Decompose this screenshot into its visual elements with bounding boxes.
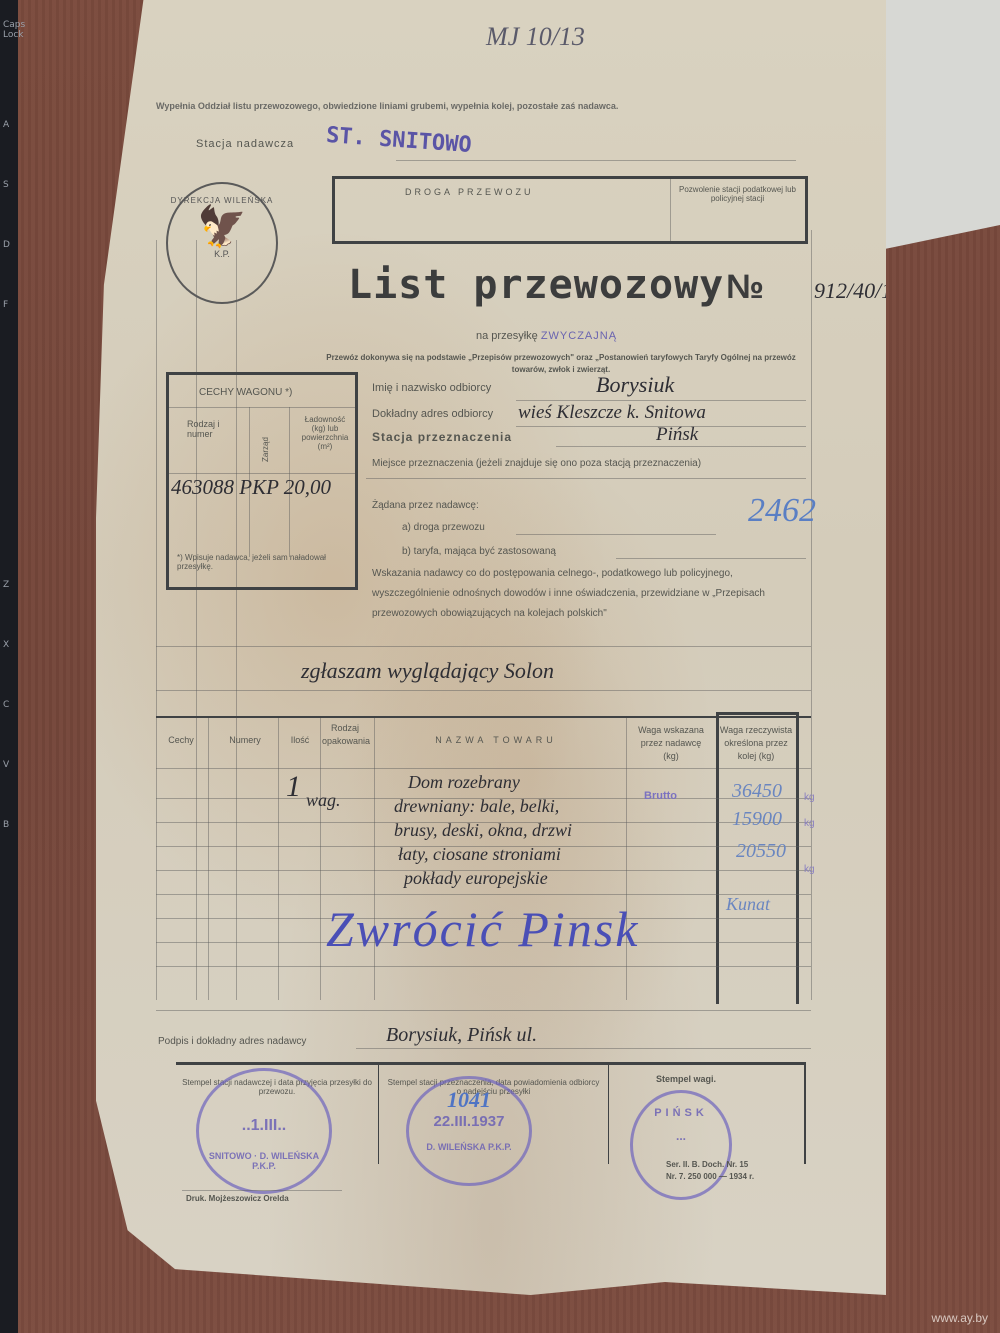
stamp-bottom-text: K.P.: [168, 249, 276, 259]
legal-basis: Przewóz dokonywa się na podstawie „Przep…: [321, 352, 801, 376]
recipient-address-value: wieś Kleszcze k. Snitowa: [518, 402, 706, 424]
brutto-label: Brutto: [644, 790, 677, 802]
laptop-keyboard-edge: Caps Lock A S D F Z X C V B: [0, 0, 18, 1333]
number-symbol: №: [726, 268, 764, 307]
shipment-type-stamp: ZWYCZAJNĄ: [541, 330, 617, 342]
key-label: B: [3, 820, 9, 830]
underline: [356, 1048, 811, 1049]
header-bottom: [156, 768, 811, 769]
underline: [616, 558, 806, 559]
shipment-type-row: na przesyłkę ZWYCZAJNĄ: [476, 330, 617, 342]
key-label: X: [3, 640, 9, 650]
underline: [366, 478, 806, 479]
scale-stamp-label: Stempel wagi.: [656, 1074, 716, 1084]
brutto-value: 36450: [732, 780, 782, 803]
col-rule-thick: [716, 712, 719, 1004]
scale-stamp: PIŃSK ...: [630, 1090, 732, 1200]
shipment-type-label: na przesyłkę: [476, 330, 538, 342]
key-label: A: [3, 120, 9, 130]
recipient-name-label: Imię i nazwisko odbiorcy: [372, 382, 491, 394]
key-label: F: [3, 300, 8, 310]
divider: [156, 646, 811, 647]
return-note-pinsk: Zwrócić Pinsk: [326, 900, 639, 958]
destination-place-label: Miejsce przeznaczenia (jeżeli znajduje s…: [372, 458, 701, 469]
sender-station-stamp: ST. SNITOWO: [325, 123, 472, 158]
rule: [156, 240, 157, 1000]
stamp-date: ...: [633, 1129, 729, 1143]
divider: [608, 1064, 609, 1164]
stamp-text: D. WILEŃSKA P.K.P.: [409, 1142, 529, 1152]
tara-value: 15900: [732, 808, 782, 831]
wagon-box-title: CECHY WAGONU *): [199, 387, 292, 398]
wagon-features-box: CECHY WAGONU *) Rodzaj i numer Zarząd Ła…: [166, 372, 358, 590]
col-rule: [278, 718, 279, 1000]
unit-kg: kg: [804, 818, 815, 829]
arrival-station-stamp: 1041 22.III.1937 D. WILEŃSKA P.K.P.: [406, 1076, 532, 1186]
weigher-signature: Kunat: [726, 894, 770, 915]
underline: [556, 446, 806, 447]
document-title-row: List przewozowy: [348, 262, 724, 308]
key-label: S: [3, 180, 9, 190]
destination-station-label: Stacja przeznaczenia: [372, 430, 512, 444]
goods-line: Dom rozebrany: [408, 770, 572, 794]
goods-line: drewniany: bale, belki,: [394, 794, 572, 818]
key-label: D: [3, 240, 10, 250]
row-rule: [156, 966, 811, 967]
divider: [156, 690, 811, 691]
emblem-stamp: DYREKCJA WILEŃSKA 🦅 K.P.: [166, 182, 278, 304]
wagon-col-type: Rodzaj i numer: [187, 419, 227, 439]
stamp-date: 22.III.1937: [409, 1113, 529, 1130]
rule: [236, 240, 237, 1000]
top-instruction: Wypełnia Oddział listu przewozowego, obw…: [156, 98, 796, 114]
underline: [516, 400, 806, 401]
divider: [182, 1190, 342, 1191]
stamp-text: PIŃSK: [633, 1107, 729, 1119]
goods-line: pokłady europejskie: [404, 866, 572, 890]
goods-description: Dom rozebrany drewniany: bale, belki, br…: [408, 770, 572, 890]
goods-line: łaty, ciosane stroniami: [398, 842, 572, 866]
stamp-text: DYREKCJA WILEŃSKA: [168, 196, 276, 205]
key-label: C: [3, 700, 9, 710]
col-rule-thick: [796, 712, 799, 1004]
col-rule: [208, 718, 209, 1000]
rule: [196, 240, 197, 1000]
tariff-request-label: b) taryfa, mająca być zastosowaną: [402, 546, 556, 557]
divider: [169, 407, 355, 408]
header-goods-name: NAZWA TOWARU: [386, 734, 606, 747]
goods-packaging: wag.: [306, 790, 341, 811]
recipient-name-value: Borysiuk: [596, 372, 674, 398]
divider: [670, 179, 671, 241]
printer-imprint: Druk. Mojżeszowicz Orelda: [186, 1194, 289, 1203]
row-rule: [156, 894, 811, 895]
col-rule: [320, 718, 321, 1000]
dispatch-station-stamp: ..1.III.. SNITOWO · D. WILEŃSKA P.K.P.: [196, 1068, 332, 1194]
wagon-col-owner: Zarząd: [261, 437, 270, 462]
rule: [811, 230, 812, 1000]
white-paper-sheet: [880, 0, 1000, 250]
customs-value: zgłaszam wyglądający Solon: [301, 658, 554, 684]
polish-eagle-icon: 🦅: [168, 205, 276, 249]
stamp-text: SNITOWO · D. WILEŃSKA P.K.P.: [199, 1151, 329, 1171]
divider: [169, 473, 355, 474]
header-packaging: Rodzaj opakowania: [322, 722, 368, 748]
recipient-address-label: Dokładny adres odbiorcy: [372, 408, 493, 420]
unit-kg: kg: [804, 792, 815, 803]
route-side-label: Pozwolenie stacji podatkowej lub policyj…: [675, 185, 800, 203]
requested-label: Żądana przez nadawcę:: [372, 500, 479, 511]
header-numery: Numery: [212, 734, 278, 747]
route-request-label: a) droga przewozu: [402, 522, 485, 533]
stamp-overwrite: 1041: [409, 1087, 529, 1113]
header-declared-weight: Waga wskazana przez nadawcę (kg): [634, 724, 708, 763]
archive-note: MJ 10/13: [486, 22, 585, 52]
divider: [396, 160, 796, 161]
goods-quantity: 1: [286, 770, 301, 804]
divider: [156, 1010, 811, 1011]
consignment-note-document: MJ 10/13 Wypełnia Oddział listu przewozo…: [96, 0, 886, 1295]
netto-value: 20550: [736, 840, 786, 863]
divider: [804, 1064, 806, 1164]
unit-kg: kg: [804, 864, 815, 875]
stamp-section-top: [176, 1062, 806, 1065]
sender-signature-value: Borysiuk, Pińsk ul.: [386, 1024, 537, 1047]
route-box: DROGA PRZEWOZU Pozwolenie stacji podatko…: [332, 176, 808, 244]
destination-station-value: Pińsk: [656, 424, 698, 446]
watermark: www.ay.by: [932, 1311, 988, 1325]
wagon-col-capacity: Ładowność (kg) lub powierzchnia (m²): [297, 415, 353, 451]
sender-station-label: Stacja nadawcza: [196, 138, 294, 150]
route-label: DROGA PRZEWOZU: [405, 187, 534, 197]
divider: [378, 1064, 379, 1164]
print-run: Nr. 7. 250 000 — 1934 r.: [666, 1172, 754, 1181]
key-label: Z: [3, 580, 9, 590]
key-label: Caps Lock: [3, 20, 25, 40]
weight-box-top: [716, 712, 798, 715]
goods-line: brusy, deski, okna, drzwi: [394, 818, 572, 842]
stamp-date: ..1.III..: [199, 1117, 329, 1135]
goods-table-top: [156, 716, 811, 718]
tariff-note: 2462: [748, 492, 816, 530]
wagon-value: 463088 PKP 20,00: [171, 475, 331, 500]
underline: [516, 534, 716, 535]
header-cechy: Cechy: [156, 734, 206, 747]
header-ilosc: Ilość: [280, 734, 320, 747]
form-code: Ser. II. B. Doch. Nr. 15: [666, 1160, 748, 1169]
header-actual-weight: Waga rzeczywista określona przez kolej (…: [718, 724, 794, 763]
wagon-footnote: *) Wpisuje nadawca, jeżeli sam naładował…: [177, 553, 349, 571]
sender-signature-label: Podpis i dokładny adres nadawcy: [158, 1036, 306, 1047]
document-title: List przewozowy: [348, 262, 724, 308]
customs-instructions: Wskazania nadawcy co do postępowania cel…: [372, 564, 804, 624]
key-label: V: [3, 760, 9, 770]
